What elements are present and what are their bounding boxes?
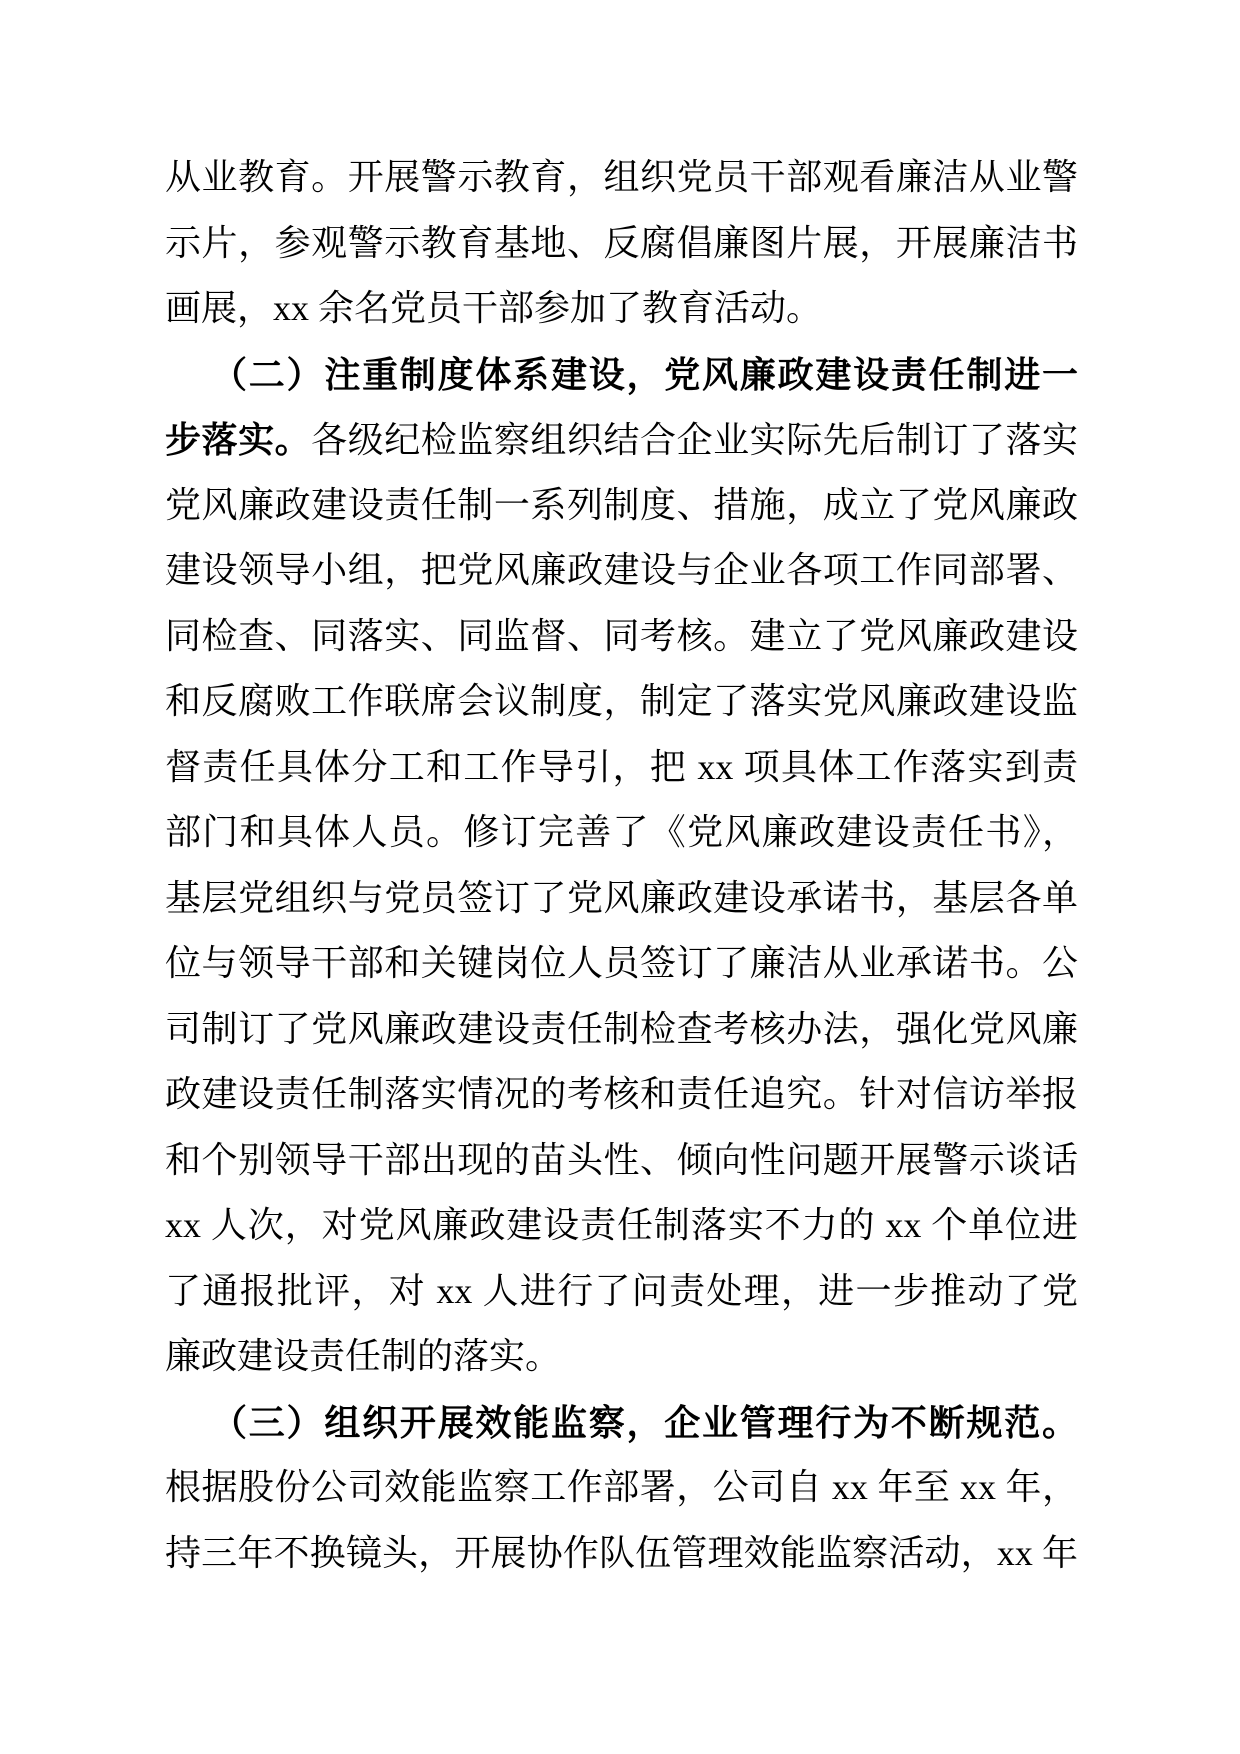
heading-line: （三）组织开展效能监察，企业管理行为不断规范。 [165, 1390, 1078, 1456]
body-text: 画展，xx 余名党员干部参加了教育活动。 [165, 288, 822, 328]
body-text: 从业教育。开展警示教育，组织党员干部观看廉洁从业警 [165, 157, 1078, 197]
body-text: 基层党组织与党员签订了党风廉政建设承诺书，基层各单 [165, 878, 1078, 918]
body-text: 各级纪检监察组织结合企业实际先后制订了落实 [311, 420, 1078, 460]
heading-text: 步落实。 [165, 419, 311, 460]
body-text: 位与领导干部和关键岗位人员签订了廉洁从业承诺书。公 [165, 943, 1078, 983]
body-text: 根据股份公司效能监察工作部署，公司自 xx 年至 xx 年，坚 [165, 1467, 1078, 1521]
body-text: 政建设责任制落实情况的考核和责任追究。针对信访举报 [165, 1074, 1078, 1114]
body-text: xx 人次，对党风廉政建设责任制落实不力的 xx 个单位进行 [165, 1205, 1078, 1259]
text-line: 政建设责任制落实情况的考核和责任追究。针对信访举报 [165, 1062, 1078, 1128]
text-line: 建设领导小组，把党风廉政建设与企业各项工作同部署、 [165, 538, 1078, 604]
body-text: 示片，参观警示教育基地、反腐倡廉图片展，开展廉洁书 [165, 223, 1078, 263]
heading-text: （三）组织开展效能监察，企业管理行为不断规范。 [211, 1402, 1078, 1443]
page-content: 从业教育。开展警示教育，组织党员干部观看廉洁从业警示片，参观警示教育基地、反腐倡… [165, 145, 1078, 1586]
body-text: 司制订了党风廉政建设责任制检查考核办法，强化党风廉 [165, 1009, 1078, 1049]
body-text: 和反腐败工作联席会议制度，制定了落实党风廉政建设监 [165, 681, 1078, 721]
text-line: 部门和具体人员。修订完善了《党风廉政建设责任书》， [165, 800, 1078, 866]
text-line: 基层党组织与党员签订了党风廉政建设承诺书，基层各单 [165, 866, 1078, 932]
text-line: 同检查、同落实、同监督、同考核。建立了党风廉政建设 [165, 604, 1078, 670]
text-line: 了通报批评，对 xx 人进行了问责处理，进一步推动了党风 [165, 1259, 1078, 1325]
body-text: 和个别领导干部出现的苗头性、倾向性问题开展警示谈话 [165, 1140, 1078, 1180]
text-line: 司制订了党风廉政建设责任制检查考核办法，强化党风廉 [165, 997, 1078, 1063]
body-text: 建设领导小组，把党风廉政建设与企业各项工作同部署、 [165, 550, 1078, 590]
text-line: 督责任具体分工和工作导引，把 xx 项具体工作落实到责任 [165, 735, 1078, 801]
text-line: 从业教育。开展警示教育，组织党员干部观看廉洁从业警 [165, 145, 1078, 211]
text-line: 党风廉政建设责任制一系列制度、措施，成立了党风廉政 [165, 473, 1078, 539]
text-line: 示片，参观警示教育基地、反腐倡廉图片展，开展廉洁书 [165, 211, 1078, 277]
body-text: 部门和具体人员。修订完善了《党风廉政建设责任书》， [165, 812, 1078, 852]
body-text: 同检查、同落实、同监督、同考核。建立了党风廉政建设 [165, 616, 1078, 656]
text-line: 根据股份公司效能监察工作部署，公司自 xx 年至 xx 年，坚 [165, 1455, 1078, 1521]
text-line: xx 人次，对党风廉政建设责任制落实不力的 xx 个单位进行 [165, 1193, 1078, 1259]
text-line: 廉政建设责任制的落实。 [165, 1324, 1078, 1390]
body-text: 廉政建设责任制的落实。 [165, 1336, 561, 1376]
heading-text: （二）注重制度体系建设，党风廉政建设责任制进一 [211, 354, 1078, 395]
text-line: 和个别领导干部出现的苗头性、倾向性问题开展警示谈话 [165, 1128, 1078, 1194]
body-text: 党风廉政建设责任制一系列制度、措施，成立了党风廉政 [165, 485, 1078, 525]
text-line: 持三年不换镜头，开展协作队伍管理效能监察活动，xx 年 [165, 1521, 1078, 1587]
heading-line: 步落实。各级纪检监察组织结合企业实际先后制订了落实 [165, 407, 1078, 473]
document-page: 从业教育。开展警示教育，组织党员干部观看廉洁从业警示片，参观警示教育基地、反腐倡… [0, 0, 1240, 1754]
heading-line: （二）注重制度体系建设，党风廉政建设责任制进一 [165, 342, 1078, 408]
text-line: 画展，xx 余名党员干部参加了教育活动。 [165, 276, 1078, 342]
body-text: 了通报批评，对 xx 人进行了问责处理，进一步推动了党风 [165, 1271, 1078, 1325]
text-line: 位与领导干部和关键岗位人员签订了廉洁从业承诺书。公 [165, 931, 1078, 997]
text-line: 和反腐败工作联席会议制度，制定了落实党风廉政建设监 [165, 669, 1078, 735]
body-text: 持三年不换镜头，开展协作队伍管理效能监察活动，xx 年 [165, 1533, 1078, 1573]
body-text: 督责任具体分工和工作导引，把 xx 项具体工作落实到责任 [165, 747, 1078, 801]
